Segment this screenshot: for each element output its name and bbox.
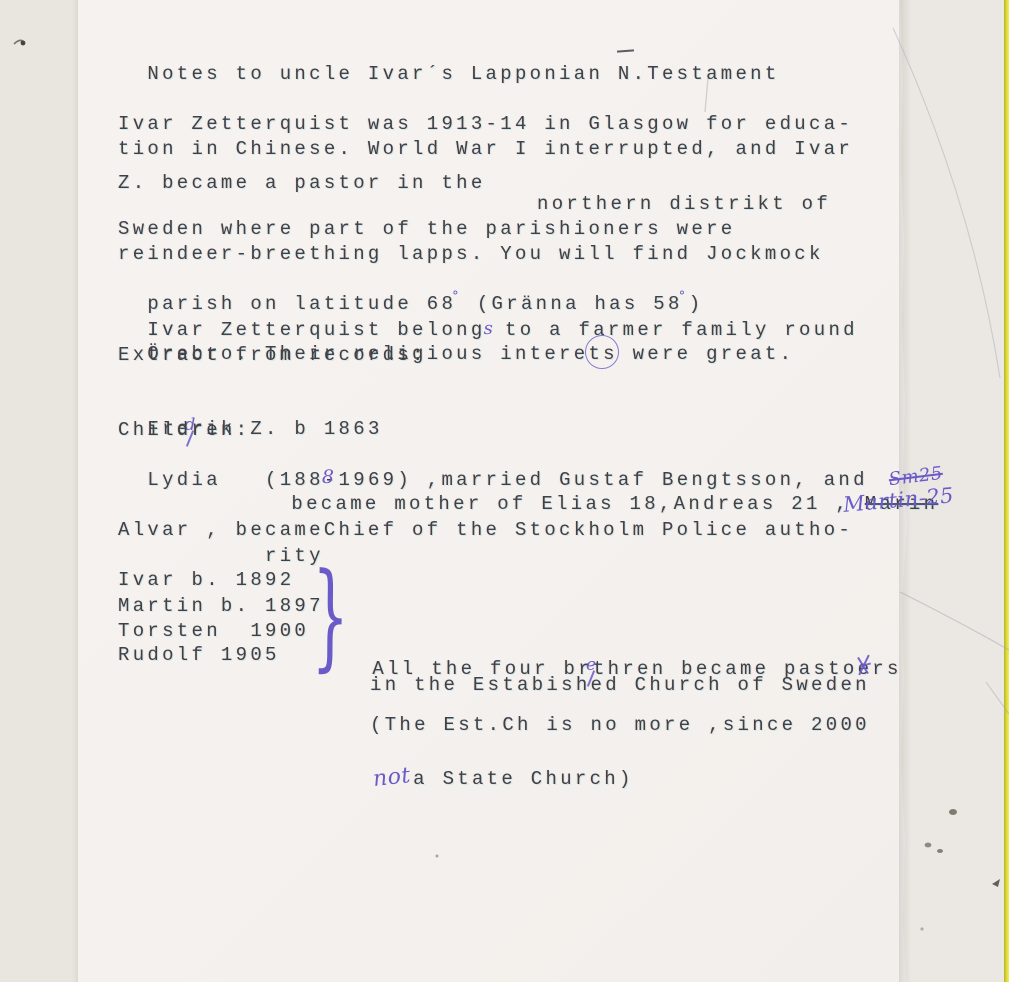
dust-speck [925, 843, 932, 848]
dust-speck [920, 927, 923, 930]
pen-circled-letters: ts [588, 342, 617, 367]
est-ch-line: (The Est.Ch is no more ,since 2000 [370, 713, 870, 738]
alvar-record-line: Alvar , becameChief of the Stockholm Pol… [118, 518, 853, 543]
typed-text: a State Church) [413, 768, 634, 790]
paragraph-line: Ivar Zetterquist was 1913-14 in Glasgow … [118, 112, 853, 137]
typed-text: became mother of Elias 18,Andreas 21 , [291, 493, 864, 515]
document-title: Notes to uncle Ivar´s Lapponian N.Testam… [118, 37, 780, 87]
brother-record-line: Ivar b. 1892 [118, 568, 294, 593]
typed-text: were great. [618, 343, 794, 365]
brother-record-line: Rudolf 1905 [118, 643, 280, 668]
brother-record-line: Martin b. 1897 [118, 594, 324, 619]
state-church-line: nota State Church) [344, 740, 634, 792]
handwritten-not: not [372, 763, 412, 792]
brother-record-line: Torsten 1900 [118, 619, 309, 644]
paragraph-line: Z. became a pastor in the [118, 171, 486, 196]
paragraph-line: reindeer-breething lapps. You will find … [118, 242, 824, 267]
dust-speck [937, 849, 943, 853]
typed-text: rs [872, 658, 901, 680]
established-line: in the Estabished Church of Sweden [370, 673, 870, 698]
paragraph-line-indented: northern distrikt of [537, 192, 831, 217]
scan-edge-yellow-stripe [1004, 0, 1009, 982]
dust-speck [949, 809, 957, 815]
children-label: Children: [118, 418, 250, 443]
backing-sheet-left [0, 0, 78, 982]
lydia-record-line2: became mother of Elias 18,Andreas 21 , M… [262, 467, 938, 517]
dust-speck [992, 879, 1000, 887]
paragraph-line: tion in Chinese. World War I interrupted… [118, 137, 853, 162]
extract-line: Extract from records: [118, 343, 427, 368]
title-text: Notes to uncle Ivar´s Lapponian N.Testam… [147, 63, 779, 85]
scratch-mark [900, 592, 1009, 650]
paper-left-seam [72, 0, 79, 982]
paragraph-line: Sweden where part of the parishioners we… [118, 217, 735, 242]
